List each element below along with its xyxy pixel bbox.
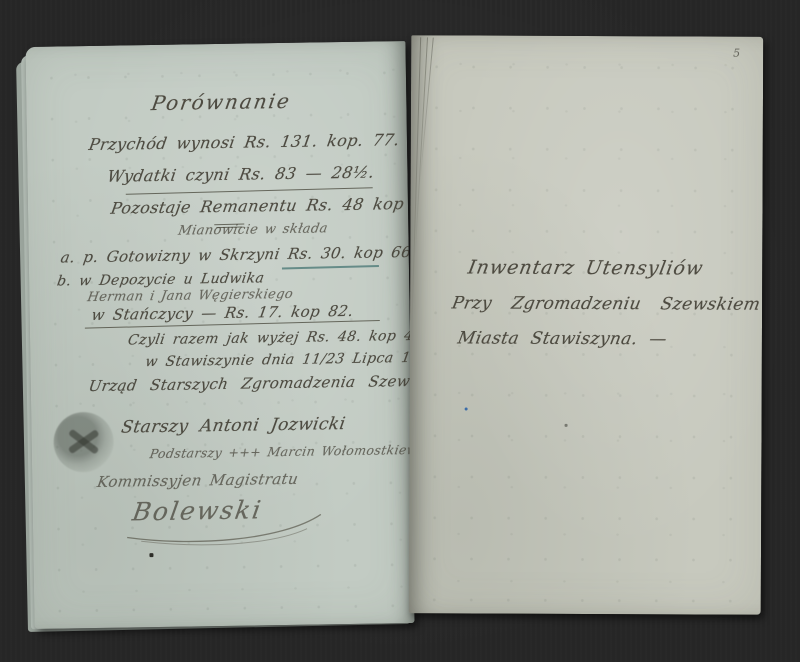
- page-fold-line: [411, 37, 421, 337]
- manuscript-title-guild: Przy Zgromadzeniu Szewskiem: [450, 293, 762, 314]
- right-page: 5 Inwentarz Utensyliów Przy Zgromadzeniu…: [409, 35, 764, 615]
- guild-seal-stamp: [53, 412, 114, 473]
- manuscript-line-place-date: w Stawiszynie dnia 11/23 Lipca 1865.: [144, 349, 414, 370]
- scanned-document-background: Porównanie Przychód wynosi Rs. 131. kop.…: [0, 0, 800, 662]
- manuscript-title-inventory: Inwentarz Utensyliów: [466, 256, 705, 279]
- left-page: Porównanie Przychód wynosi Rs. 131. kop.…: [25, 41, 414, 629]
- manuscript-heading: Porównanie: [94, 88, 348, 116]
- manuscript-line-magistrate: Kommissyjen Magistratu: [96, 470, 300, 491]
- manuscript-line-income: Przychód wynosi Rs. 131. kop. 77.: [87, 130, 401, 154]
- underline-rule: [126, 187, 373, 194]
- ink-speck: [465, 407, 468, 410]
- page-number: 5: [733, 47, 740, 60]
- manuscript-line-guild-office: Urząd Starszych Zgromadzenia Szewców: [87, 372, 414, 396]
- paper-speck: [149, 553, 153, 557]
- manuscript-line-cash-in-chest: a. p. Gotowizny w Skrzyni Rs. 30. kop 66…: [59, 243, 414, 267]
- manuscript-line-deposit: b. w Depozycie u Ludwika: [56, 270, 266, 289]
- manuscript-title-town: Miasta Stawiszyna. —: [456, 328, 668, 349]
- manuscript-line-total: Czyli razem jak wyżej Rs. 48. kop 48½.: [127, 327, 415, 348]
- manuscript-line-remainder: Pozostaje Remanentu Rs. 48 kop 48½.: [109, 193, 414, 217]
- magistrate-signature: Bolewski: [130, 495, 264, 526]
- manuscript-line-elder-signature: Starszy Antoni Jozwicki: [120, 414, 347, 438]
- manuscript-line-expenses: Wydatki czyni Rs. 83 — 28½.: [106, 163, 376, 186]
- paper-speck: [565, 424, 568, 427]
- manuscript-line-deputy-signature: Podstarszy +++ Marcin Wołomostkiewicz: [149, 442, 415, 462]
- manuscript-line-namely: Mianowicie w składa: [177, 221, 329, 238]
- underline-rule-accent: [282, 265, 379, 269]
